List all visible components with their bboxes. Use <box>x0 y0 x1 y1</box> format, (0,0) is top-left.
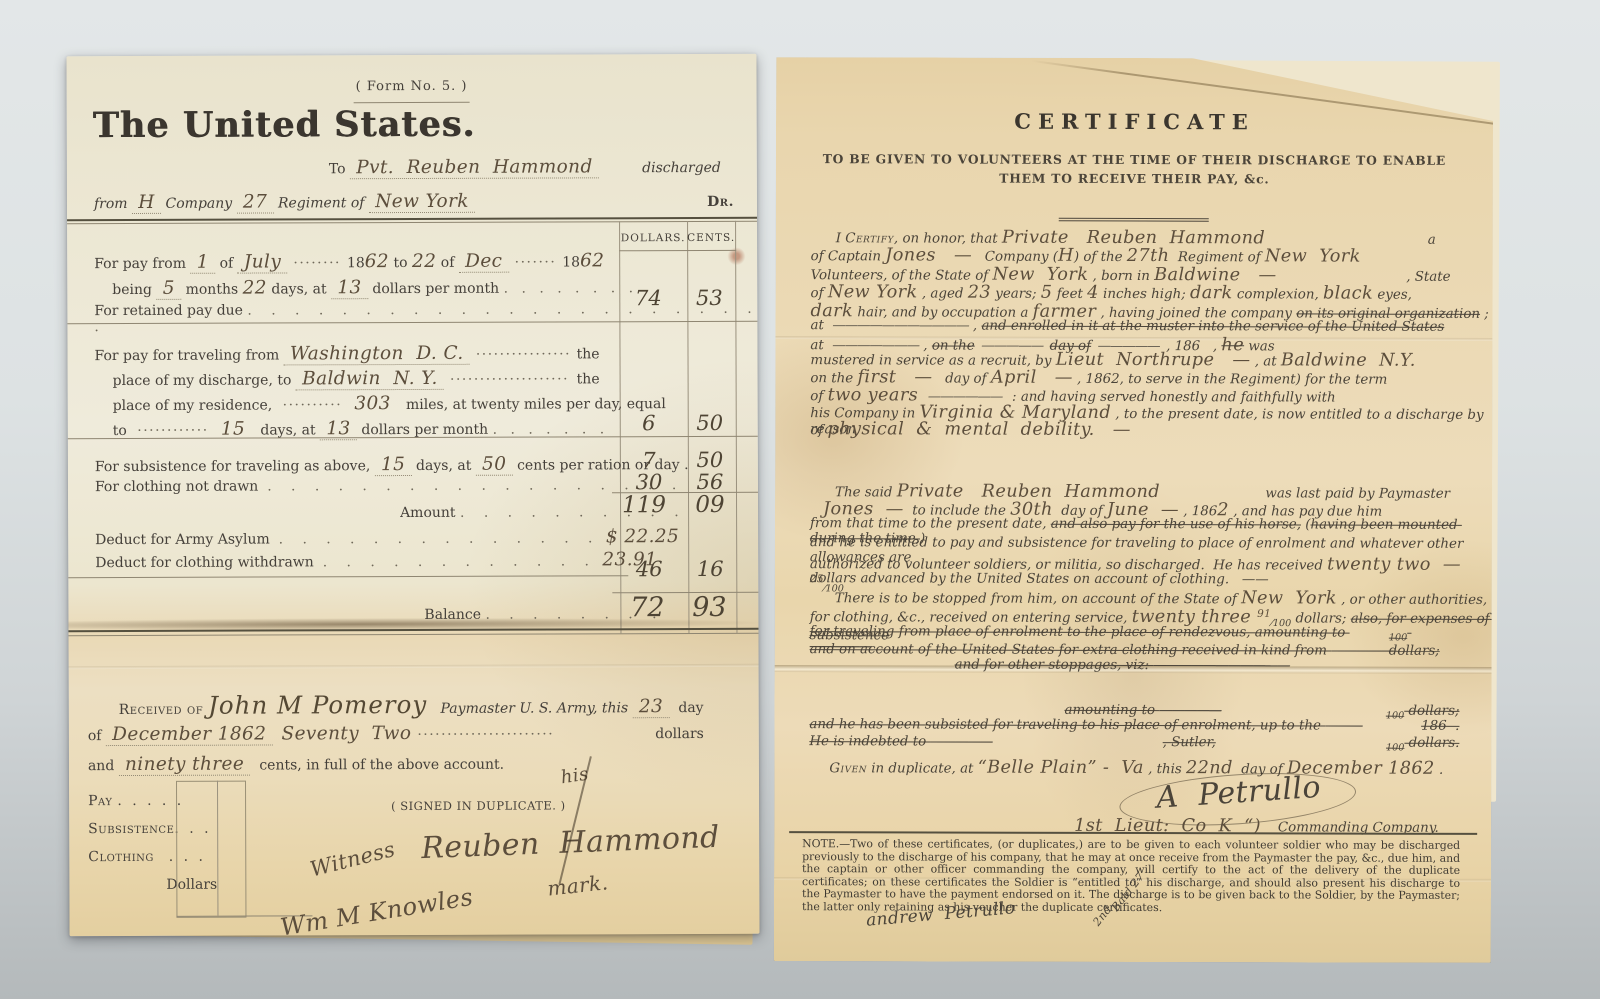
amount-retained-dollars: 74 <box>615 286 681 310</box>
cert-line-25: and he has been subsisted for traveling … <box>809 717 1459 734</box>
document-title: The United States. <box>93 105 476 147</box>
label-pay: Pay . . . . . <box>88 793 182 809</box>
amount-clothing-dollars: 30 <box>616 470 682 494</box>
cert-line-6: at ——————————— , and enrolled in it at t… <box>810 318 1444 335</box>
witness-signature: Wm M Knowles <box>279 884 476 942</box>
cert-line-26: He is indebted to —————, Sutler,100 doll… <box>809 734 1459 753</box>
soldier-signature: Reuben Hammond <box>421 821 721 867</box>
cert-line-12: of physical & mental debility. — <box>810 419 1131 440</box>
table-vline-right <box>735 221 737 633</box>
row-pay-from: For pay from 1 of July ········ 1862 to … <box>94 250 604 273</box>
fold-crease-received <box>69 664 759 669</box>
row-travel-2: place of my discharge, to Baldwin N. Y. … <box>113 367 600 390</box>
amount-subtotal-dollars: 46 <box>616 557 682 581</box>
regiment-line: from H Company 27 Regiment of New York D… <box>94 190 734 213</box>
received-line-3: and ninety three cents, in full of the a… <box>88 753 504 776</box>
amount-clothing-cents: 56 <box>686 470 734 494</box>
amount-travel-cents: 50 <box>686 411 734 435</box>
amount-subsistence-cents: 50 <box>686 448 734 472</box>
amount-total-dollars: 119 <box>606 492 682 518</box>
amount-total-cents: 09 <box>686 492 734 518</box>
given-line: Given in duplicate, at “Belle Plain” - V… <box>829 757 1443 779</box>
cert-line-18: dollars advanced by the United States on… <box>810 571 1269 588</box>
column-header-cents: CENTS. <box>687 232 735 244</box>
form-number: ( Form No. 5. ) <box>317 80 507 96</box>
row-travel-1: For pay for traveling from Washington D.… <box>94 342 599 365</box>
column-header-underline <box>619 250 736 251</box>
pay-form-document: ( Form No. 5. ) The United States. To Pv… <box>66 54 759 936</box>
amount-entry-box <box>176 781 246 918</box>
certificate-title: CERTIFICATE <box>776 109 1493 135</box>
cert-line-22: and on account of the United States for … <box>810 642 1394 659</box>
table-bottom-rule-thin <box>68 633 758 636</box>
row-travel-3: place of my residence, ·········· 303 mi… <box>113 392 666 415</box>
certificate-subtitle-2: THEM TO RECEIVE THEIR PAY, &c. <box>776 171 1493 187</box>
his-mark-bottom: mark. <box>546 871 609 900</box>
row-subsistence: For subsistence for traveling as above, … <box>95 453 689 476</box>
row-deduct-clothing: Deduct for clothing withdrawn . . . . . … <box>95 549 657 572</box>
received-line-2: of December 1862 Seventy Two ···········… <box>88 722 704 745</box>
addressee-line: To Pvt. Reuben Hammond discharged <box>329 156 721 179</box>
row-being: being 5 months 22 days, at 13 dollars pe… <box>112 276 634 299</box>
column-header-dollars: DOLLARS. <box>619 232 687 244</box>
amount-subsistence-dollars: 7 <box>616 448 682 472</box>
witness-label: Witness <box>308 837 398 882</box>
photo-background: ( Form No. 5. ) The United States. To Pv… <box>0 0 1600 999</box>
deduction-rule <box>68 575 628 578</box>
amount-travel-dollars: 6 <box>616 411 682 435</box>
amount-retained-cents: 53 <box>685 286 733 310</box>
subtitle-divider <box>1059 218 1209 219</box>
cert-line-23: and for other stoppages, viz: ——————————… <box>955 658 1290 674</box>
table-top-rule-thin <box>67 221 757 224</box>
certificate-document: CERTIFICATE TO BE GIVEN TO VOLUNTEERS AT… <box>774 57 1493 963</box>
amount-subtotal-cents: 16 <box>686 557 734 581</box>
row-deduct-asylum: Deduct for Army Asylum . . . . . . . . .… <box>95 526 679 549</box>
received-line-1: Received of John M Pomeroy Paymaster U. … <box>119 690 704 720</box>
certificate-subtitle-1: TO BE GIVEN TO VOLUNTEERS AT THE TIME OF… <box>776 152 1493 168</box>
signed-in-duplicate: ( SIGNED IN DUPLICATE. ) <box>391 799 566 813</box>
